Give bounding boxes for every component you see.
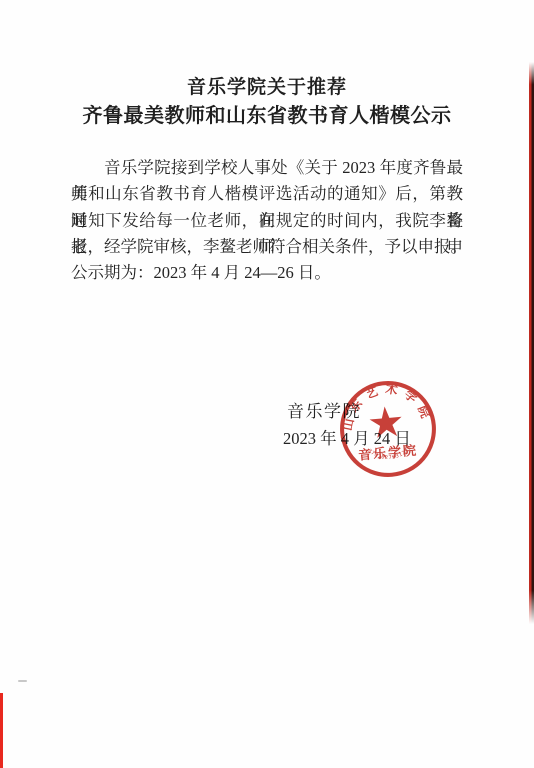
scan-edge-line-right — [529, 62, 534, 624]
notice-title-line2: 齐鲁最美教师和山东省教书育人楷模公示 — [0, 99, 534, 128]
scanned-notice-page: 音乐学院关于推荐 齐鲁最美教师和山东省教书育人楷模公示 音乐学院接到学校人事处《… — [0, 0, 534, 768]
official-red-seal: 山东艺术学院 音乐学院 3701027231253 — [325, 366, 451, 492]
notice-title-line1: 音乐学院关于推荐 — [0, 72, 534, 99]
body-line: 师和山东省教书育人楷模评选活动的通知》后，第一时间将 — [71, 181, 463, 207]
seal-star-icon — [369, 405, 404, 438]
scan-artifact-dash — [18, 680, 27, 682]
body-line: 报，经学院审核，李鳌老师符合相关条件，予以申报。 — [71, 234, 463, 260]
notice-body: 音乐学院接到学校人事处《关于 2023 年度齐鲁最美教 师和山东省教书育人楷模评… — [71, 155, 463, 286]
scan-edge-line-left — [0, 693, 3, 768]
body-line: 公示期为：2023 年 4 月 24—26 日。 — [71, 260, 463, 286]
body-line: 通知下发给每一位老师，在规定的时间内，我院李鳌老师申 — [71, 208, 463, 234]
body-line: 音乐学院接到学校人事处《关于 2023 年度齐鲁最美教 — [71, 155, 463, 181]
